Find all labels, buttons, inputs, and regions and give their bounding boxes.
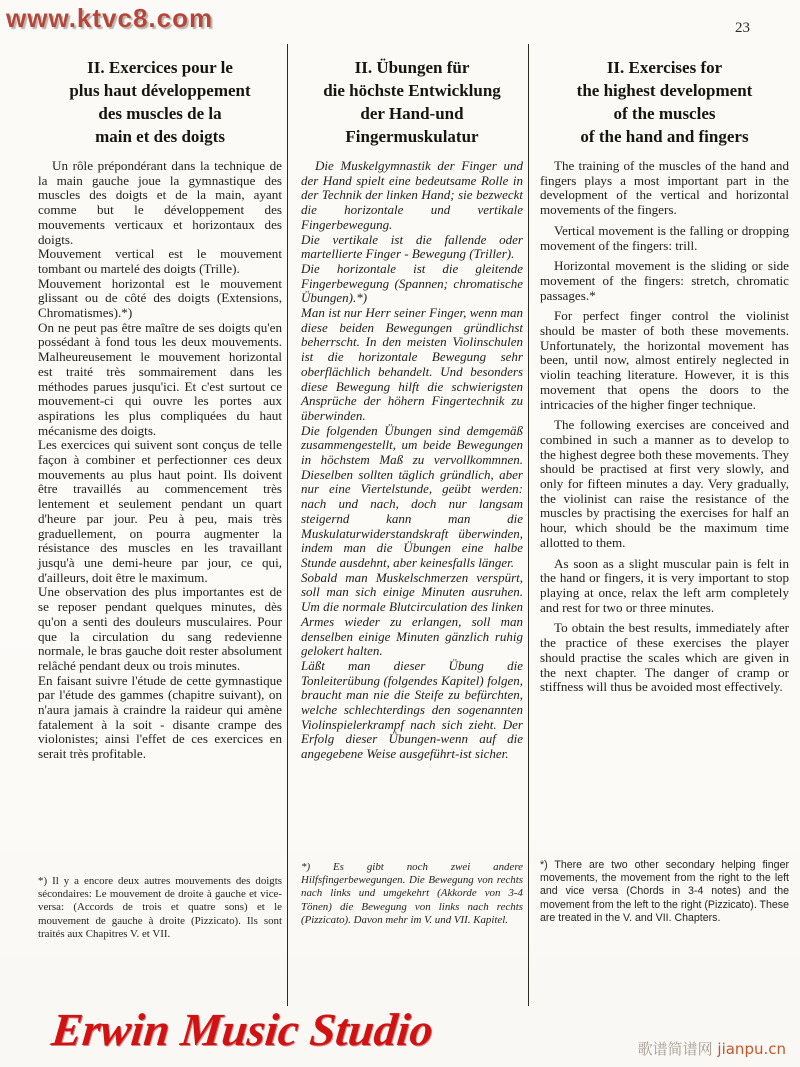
paragraph: Die folgenden Übungen sind demgemäß zusa… — [301, 424, 523, 571]
paragraph: To obtain the best results, immediately … — [540, 621, 789, 695]
paragraph: For perfect finger control the violinist… — [540, 309, 789, 412]
heading-line: of the muscles — [540, 102, 789, 125]
heading-line: the highest development — [540, 79, 789, 102]
english-heading: II. Exercises for the highest developmen… — [540, 56, 789, 148]
top-watermark: www.ktvc8.com — [6, 3, 213, 34]
paragraph: Die vertikale ist die fallende oder mart… — [301, 233, 523, 262]
paragraph: Sobald man Muskelschmerzen verspürt, sol… — [301, 571, 523, 659]
paragraph: En faisant suivre l'étude de cette gymna… — [38, 674, 282, 762]
column-divider-left — [287, 44, 288, 1006]
heading-line: of the hand and fingers — [540, 125, 789, 148]
paragraph: The training of the muscles of the hand … — [540, 159, 789, 218]
english-body: The training of the muscles of the hand … — [540, 159, 789, 695]
heading-line: plus haut développement — [38, 79, 282, 102]
paragraph: Man ist nur Herr seiner Finger, wenn man… — [301, 306, 523, 424]
paragraph: Läßt man dieser Übung die Tonleiterübung… — [301, 659, 523, 762]
column-divider-right — [528, 44, 529, 1006]
paragraph: Die Muskelgymnastik der Finger und der H… — [301, 159, 523, 233]
paragraph: Die horizontale ist die gleitende Finger… — [301, 262, 523, 306]
paragraph: On ne peut pas être maître de ses doigts… — [38, 321, 282, 439]
french-heading: II. Exercices pour le plus haut développ… — [38, 56, 282, 148]
heading-line: die höchste Entwicklung — [301, 79, 523, 102]
column-french: II. Exercices pour le plus haut développ… — [38, 44, 282, 1005]
bottom-watermark-chinese: 歌谱简谱网 — [638, 1040, 713, 1058]
heading-line: II. Exercises for — [540, 56, 789, 79]
heading-line: der Hand-und — [301, 102, 523, 125]
paragraph: As soon as a slight muscular pain is fel… — [540, 557, 789, 616]
column-german: II. Übungen für die höchste Entwicklung … — [301, 44, 523, 1005]
heading-line: II. Exercices pour le — [38, 56, 282, 79]
paragraph: Vertical movement is the falling or drop… — [540, 224, 789, 253]
paragraph: The following exercises are conceived an… — [540, 418, 789, 550]
english-footnote: *) There are two other secondary helping… — [540, 859, 789, 1005]
german-footnote: *) Es gibt noch zwei andere Hilfsfingerb… — [301, 861, 523, 1005]
paragraph: Horizontal movement is the sliding or si… — [540, 259, 789, 303]
scanned-book-page: www.ktvc8.com 23 II. Exercices pour le p… — [0, 0, 800, 1067]
erwin-music-studio-signature: Erwin Music Studio — [49, 1002, 475, 1058]
column-english: II. Exercises for the highest developmen… — [540, 44, 789, 1005]
heading-line: Fingermuskulatur — [301, 125, 523, 148]
paragraph: Les exercices qui suivent sont conçus de… — [38, 438, 282, 585]
french-body: Un rôle prépondérant dans la technique d… — [38, 159, 282, 762]
heading-line: main et des doigts — [38, 125, 282, 148]
paragraph: Un rôle prépondérant dans la technique d… — [38, 159, 282, 247]
paragraph: Mouvement vertical est le mouvement tomb… — [38, 247, 282, 276]
heading-line: des muscles de la — [38, 102, 282, 125]
heading-line: II. Übungen für — [301, 56, 523, 79]
page-number: 23 — [735, 20, 750, 37]
german-heading: II. Übungen für die höchste Entwicklung … — [301, 56, 523, 148]
paragraph: Mouvement horizontal est le mouvement gl… — [38, 277, 282, 321]
paragraph: Une observation des plus importantes est… — [38, 585, 282, 673]
bottom-watermark: 歌谱简谱网 jianpu.cn — [638, 1038, 786, 1059]
german-body: Die Muskelgymnastik der Finger und der H… — [301, 159, 523, 762]
bottom-watermark-site: jianpu.cn — [717, 1040, 786, 1058]
french-footnote: *) Il y a encore deux autres mouvements … — [38, 875, 282, 1005]
